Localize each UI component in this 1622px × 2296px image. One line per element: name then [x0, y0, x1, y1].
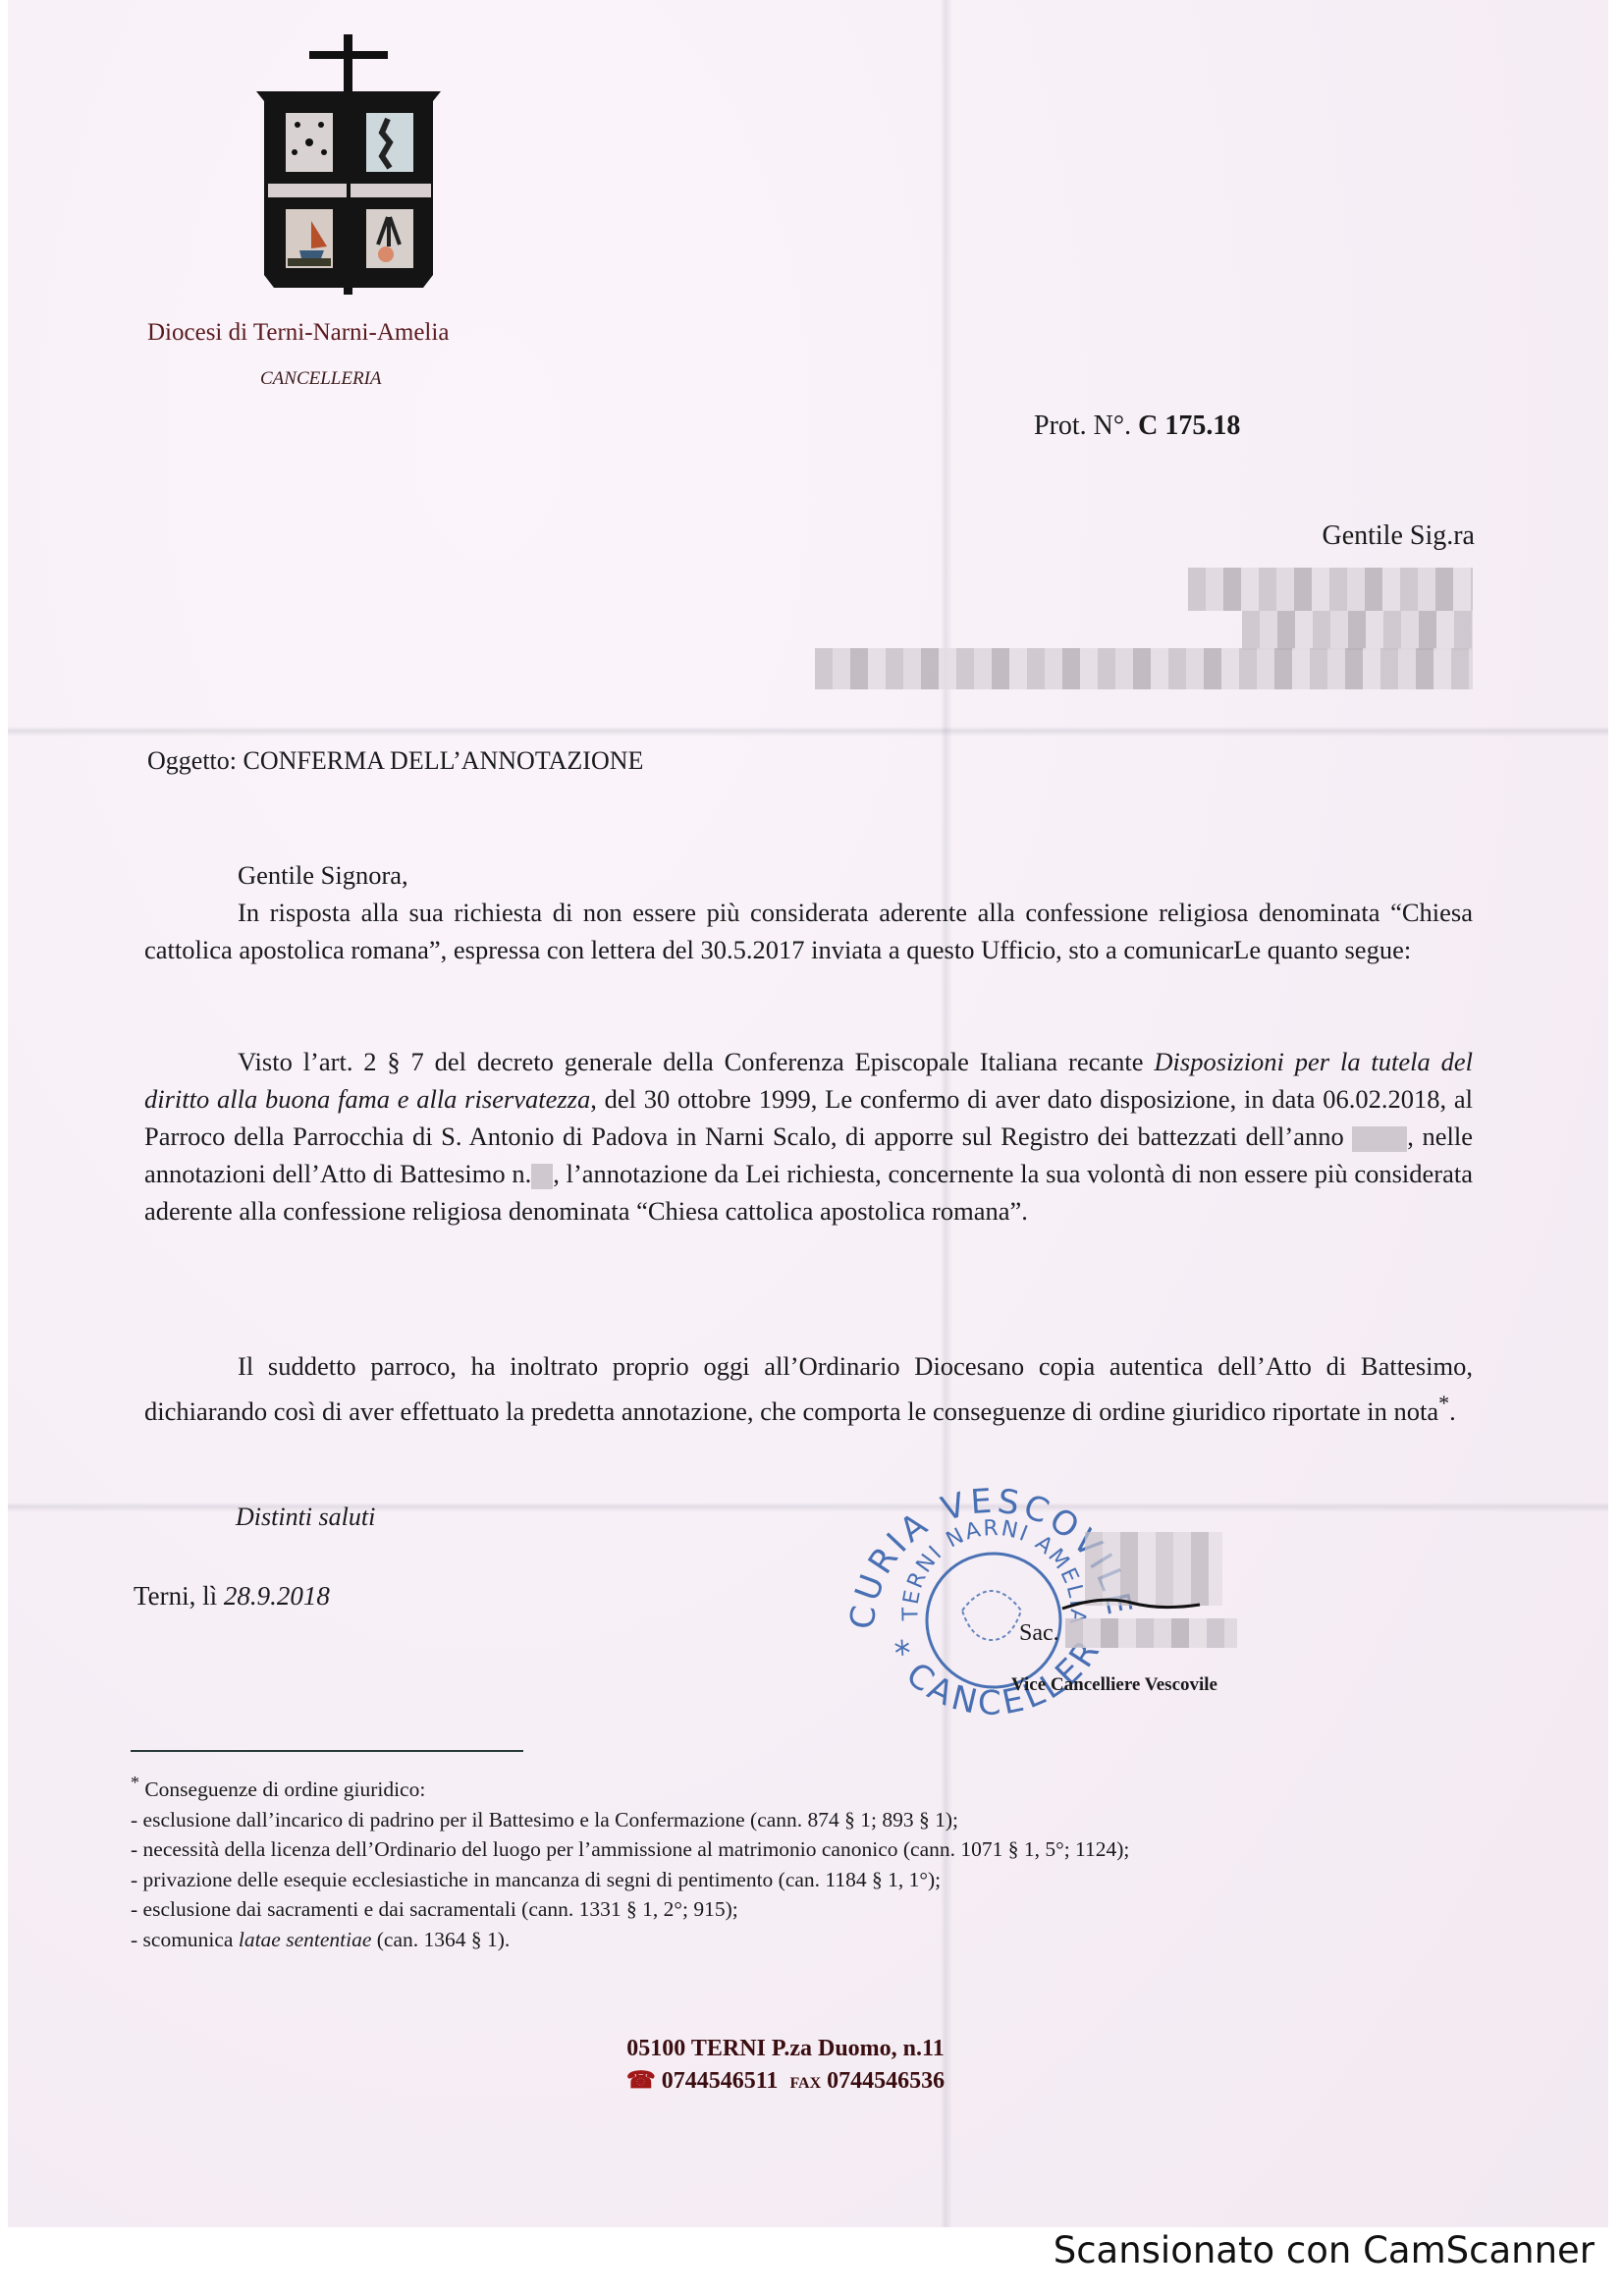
protocol-value: C 175.18	[1138, 410, 1240, 441]
recipient-salutation: Gentile Sig.ra	[1322, 520, 1475, 552]
protocol-number: Prot. N°. C 175.18	[1034, 410, 1240, 442]
footnote-item: - esclusione dall’incarico di padrino pe…	[131, 1805, 1129, 1835]
subject-text: CONFERMA DELL’ANNOTAZIONE	[243, 746, 644, 775]
fax-label: FAX	[789, 2075, 821, 2092]
signature-stroke-icon	[1060, 1591, 1208, 1620]
protocol-label: Prot. N°.	[1034, 410, 1131, 441]
footnote-item: - necessità della licenza dell’Ordinario…	[131, 1834, 1129, 1865]
closing: Distinti saluti	[236, 1503, 375, 1532]
footer-phone: 0744546511	[662, 2068, 779, 2094]
signer-title: Sac.	[1019, 1620, 1059, 1647]
baptism-year-redacted	[1352, 1126, 1407, 1152]
signer-name-redacted	[1065, 1618, 1237, 1648]
letter-paragraph-2: Visto l’art. 2 § 7 del decreto generale …	[144, 1043, 1473, 1230]
letter-paragraph-3: Il suddetto parroco, ha inoltrato propri…	[144, 1347, 1473, 1430]
recipient-name-redacted	[1188, 568, 1473, 611]
baptism-record-number-redacted	[531, 1164, 553, 1189]
footer-address: 05100 TERNI P.za Duomo, n.11	[599, 2033, 972, 2065]
paragraph-1-text: In risposta alla sua richiesta di non es…	[144, 898, 1473, 964]
subject-label: Oggetto:	[147, 746, 237, 775]
letter-greeting: Gentile Signora,	[144, 856, 1473, 894]
diocese-name: Diocesi di Terni-Narni-Amelia	[147, 319, 449, 347]
footnote-divider	[131, 1750, 523, 1752]
office-name: CANCELLERIA	[260, 368, 382, 390]
footnote-marker: *	[1438, 1391, 1449, 1415]
camscanner-watermark: Scansionato con CamScanner	[1054, 2229, 1595, 2271]
footnote-heading: * Conseguenze di ordine giuridico:	[131, 1768, 1129, 1805]
footnote-item: - esclusione dai sacramenti e dai sacram…	[131, 1894, 1129, 1925]
diocese-coat-of-arms-icon	[250, 34, 447, 300]
footnote-item: - privazione delle esequie ecclesiastich…	[131, 1865, 1129, 1895]
letter-date: 28.9.2018	[224, 1581, 330, 1611]
footnote-item: - scomunica latae sententiae (can. 1364 …	[131, 1925, 1129, 1955]
footer-fax: 0744546536	[827, 2068, 945, 2094]
recipient-address-redacted	[815, 648, 1473, 689]
footnote: * Conseguenze di ordine giuridico: - esc…	[131, 1768, 1129, 1954]
footer-address-block: 05100 TERNI P.za Duomo, n.11 ☎ 074454651…	[599, 2033, 972, 2100]
signer-role: Vice Cancelliere Vescovile	[1011, 1674, 1217, 1696]
subject-line: Oggetto: CONFERMA DELL’ANNOTAZIONE	[147, 746, 643, 776]
telephone-icon: ☎	[626, 2068, 656, 2094]
place-date: Terni, lì 28.9.2018	[134, 1581, 330, 1612]
letter-paragraph-1: Gentile Signora, In risposta alla sua ri…	[144, 856, 1473, 968]
recipient-city-redacted	[1242, 611, 1473, 650]
